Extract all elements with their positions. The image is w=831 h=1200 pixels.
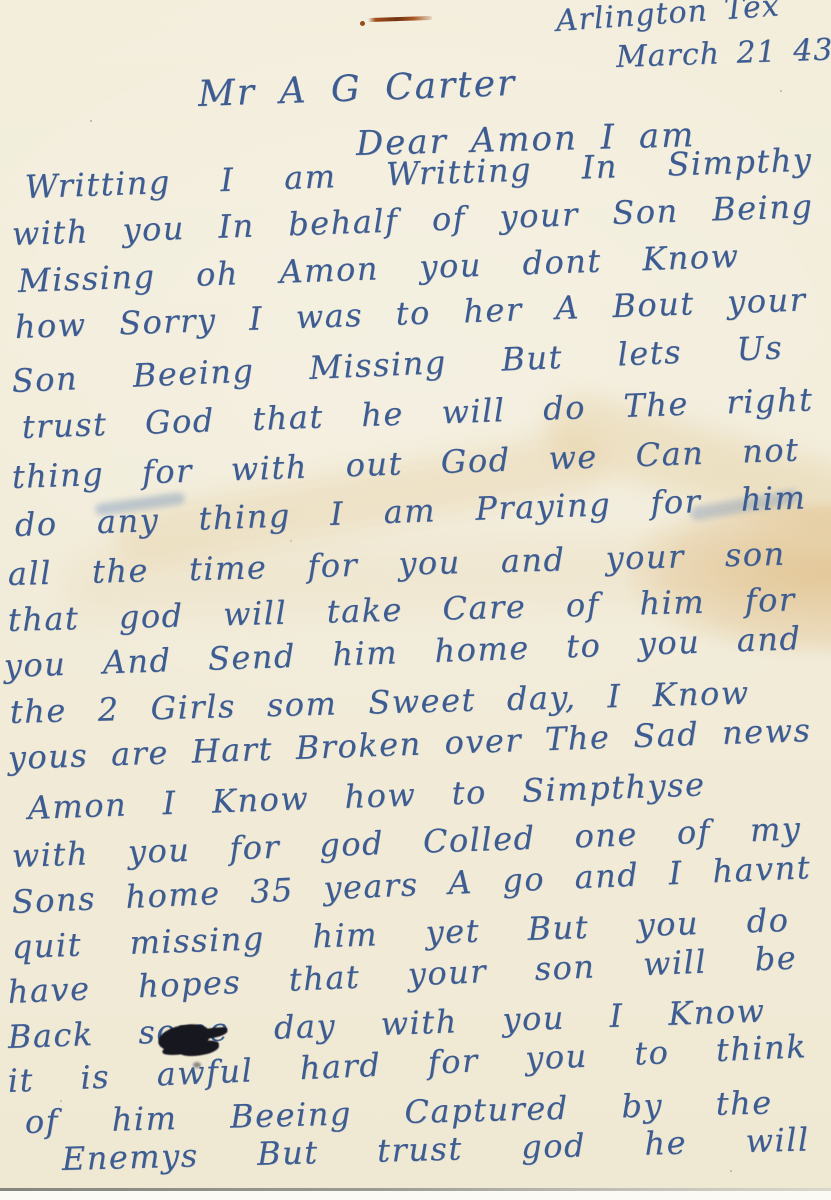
scan-edge-bottom xyxy=(0,1191,831,1200)
paper-specks xyxy=(90,120,92,122)
letter-page: Arlington Tex March 21 43 Mr A G Carter … xyxy=(0,0,831,1200)
red-pencil-mark xyxy=(368,16,432,22)
letter-recipient: Mr A G Carter xyxy=(197,63,517,115)
letter-place: Arlington Tex xyxy=(555,0,781,39)
letter-date: March 21 43 xyxy=(615,32,831,75)
red-pencil-mark-dot xyxy=(360,21,365,26)
ink-blot-dot xyxy=(193,1062,201,1068)
